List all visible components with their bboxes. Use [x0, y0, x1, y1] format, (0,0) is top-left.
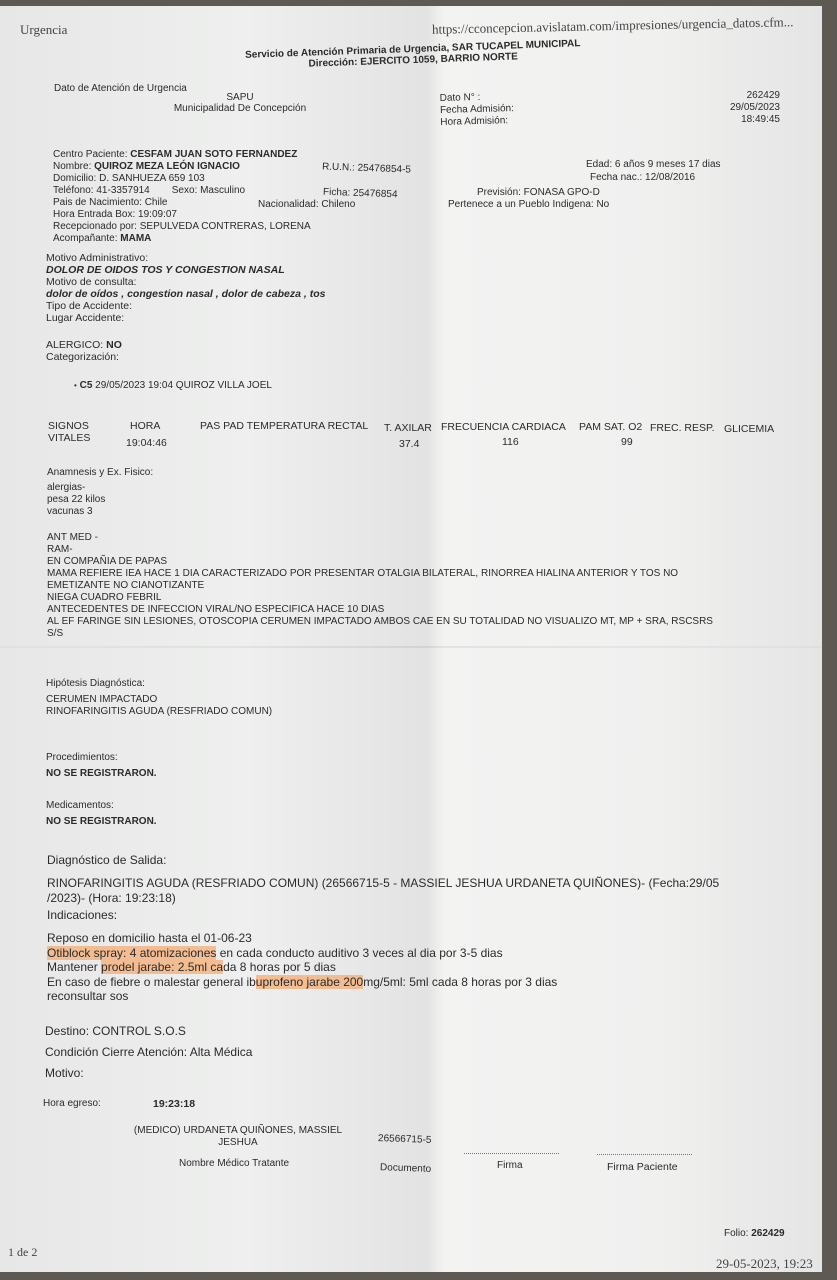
motivo-block: Motivo Administrativo: DOLOR DE OIDOS TO… — [46, 252, 325, 324]
hora-egreso-value: 19:23:18 — [153, 1098, 195, 1110]
indicaciones-list: Reposo en domicilio hasta el 01-06-23 Ot… — [47, 931, 557, 1004]
hipotesis-label: Hipótesis Diagnóstica: — [46, 678, 272, 690]
vitals-col-pam-sat: PAM SAT. O2 — [579, 421, 642, 433]
print-page-title: Urgencia — [20, 22, 67, 38]
procedimientos-block: Procedimientos: NO SE REGISTRARON. — [46, 752, 157, 780]
indicacion-prodel: Mantener prodel jarabe: 2.5ml cada 8 hor… — [47, 960, 557, 975]
hora-admision-value: 18:49:45 — [680, 114, 780, 126]
folio: Folio: 262429 — [724, 1228, 785, 1239]
medico-tratante-label: Nombre Médico Tratante — [179, 1158, 289, 1169]
anamnesis-lines-a: alergias- pesa 22 kilos vacunas 3 — [47, 482, 105, 518]
fecha-admision-value: 29/05/2023 — [680, 102, 780, 114]
patient-info: Centro Paciente: CESFAM JUAN SOTO FERNAN… — [53, 149, 311, 245]
indicacion-reconsultar: reconsultar sos — [47, 989, 557, 1004]
medicamentos-block: Medicamentos: NO SE REGISTRARON. — [46, 800, 157, 828]
telefono: Teléfono: 41-3357914Sexo: Masculino — [53, 185, 311, 197]
indicacion-reposo: Reposo en domicilio hasta el 01-06-23 — [47, 931, 557, 946]
indicacion-otiblock: Otiblock spray: 4 atomizaciones en cada … — [47, 946, 557, 961]
motivo-consulta-value: dolor de oídos , congestion nasal , dolo… — [46, 288, 325, 300]
firma-label: Firma — [497, 1160, 523, 1171]
salida-diagnosis: RINOFARINGITIS AGUDA (RESFRIADO COMUN) (… — [47, 876, 719, 906]
vitals-frec-cardiaca-value: 116 — [502, 436, 519, 448]
vitals-col-glicemia: GLICEMIA — [724, 423, 774, 435]
nacionalidad: Nacionalidad: Chileno — [258, 199, 355, 210]
page-indicator: 1 de 2 — [8, 1245, 37, 1260]
firma-paciente-line — [597, 1154, 692, 1155]
condicion-cierre: Condición Cierre Atención: Alta Médica — [45, 1042, 252, 1063]
anamnesis-lines-b: ANT MED - RAM- EN COMPAÑIA DE PAPAS MAMA… — [47, 532, 713, 640]
vitals-t-axilar-value: 37.4 — [399, 438, 419, 450]
vitals-col-frec-resp: FREC. RESP. — [650, 422, 715, 434]
medicamentos-value: NO SE REGISTRARON. — [46, 816, 157, 828]
hipotesis-item: RINOFARINGITIS AGUDA (RESFRIADO COMUN) — [46, 706, 272, 718]
unit-name: SAPU — [170, 92, 310, 103]
alergico-block: ALERGICO: NO Categorización: — [46, 339, 122, 363]
salida-label: Diagnóstico de Salida: — [47, 853, 166, 867]
alergico: ALERGICO: NO — [46, 339, 122, 351]
vitals-col-frec-cardiaca: FRECUENCIA CARDIACA — [441, 421, 566, 433]
section-label: Dato de Atención de Urgencia — [54, 83, 187, 94]
vitals-hora-value: 19:04:46 — [126, 437, 167, 449]
unit-block: SAPU Municipalidad De Concepción — [170, 92, 310, 114]
motivo-administrativo-label: Motivo Administrativo: — [46, 252, 325, 264]
print-url: https://cconcepcion.avislatam.com/impres… — [432, 14, 794, 38]
firma-paciente-label: Firma Paciente — [607, 1161, 678, 1173]
admission-values: 262429 29/05/2023 18:49:45 — [680, 90, 780, 126]
procedimientos-value: NO SE REGISTRARON. — [46, 768, 157, 780]
lugar-accidente: Lugar Accidente: — [46, 312, 325, 324]
indicacion-ibuprofeno: En caso de fiebre o malestar general ibu… — [47, 975, 557, 990]
prevision: Previsión: FONASA GPO-D — [477, 187, 600, 198]
vitals-label: SIGNOS VITALES — [48, 420, 90, 444]
firma-line — [464, 1153, 559, 1154]
cierre-block: Destino: CONTROL S.O.S Condición Cierre … — [45, 1021, 252, 1084]
hora-admision-label: Hora Admisión: — [440, 115, 514, 129]
edad: Edad: 6 años 9 meses 17 dias — [586, 159, 721, 170]
municipality-name: Municipalidad De Concepción — [170, 103, 310, 114]
categorizacion-label: Categorización: — [46, 351, 122, 363]
indicaciones-label: Indicaciones: — [47, 908, 117, 922]
recepcionado-por: Recepcionado por: SEPULVEDA CONTRERAS, L… — [53, 221, 311, 233]
pueblo-indigena: Pertenece a un Pueblo Indigena: No — [448, 199, 609, 210]
hipotesis-block: Hipótesis Diagnóstica: CERUMEN IMPACTADO… — [46, 678, 272, 718]
admission-labels: Dato N° : Fecha Admisión: Hora Admisión: — [440, 91, 515, 129]
centro-paciente: Centro Paciente: CESFAM JUAN SOTO FERNAN… — [53, 149, 311, 161]
documento-value: 26566715-5 — [378, 1133, 432, 1146]
medicamentos-label: Medicamentos: — [46, 800, 157, 812]
vitals-sat-o2-value: 99 — [621, 436, 633, 448]
hipotesis-item: CERUMEN IMPACTADO — [46, 694, 272, 706]
motivo-consulta-label: Motivo de consulta: — [46, 276, 325, 288]
printed-document: Urgencia https://cconcepcion.avislatam.c… — [0, 6, 822, 1272]
run: R.U.N.: 25476854-5 — [322, 161, 411, 175]
vitals-col-t-axilar: T. AXILAR — [384, 422, 432, 434]
vitals-col-hora: HORA — [130, 420, 160, 432]
tipo-accidente: Tipo de Accidente: — [46, 300, 325, 312]
motivo-administrativo-value: DOLOR DE OIDOS TOS Y CONGESTION NASAL — [46, 264, 325, 276]
documento-label: Documento — [380, 1162, 431, 1175]
motivo-cierre: Motivo: — [45, 1063, 252, 1084]
medico-tratante: (MEDICO) URDANETA QUIÑONES, MASSIEL JESH… — [118, 1125, 358, 1149]
acompanante: Acompañante: MAMA — [53, 233, 311, 245]
anamnesis-label: Anamnesis y Ex. Fisico: — [47, 467, 153, 478]
procedimientos-label: Procedimientos: — [46, 752, 157, 764]
domicilio: Domicilio: D. SANHUEZA 659 103 — [53, 173, 311, 185]
printed-timestamp: 29-05-2023, 19:23 — [716, 1256, 813, 1272]
vitals-col-pas-pad-temp: PAS PAD TEMPERATURA RECTAL — [200, 420, 368, 432]
nombre-paciente: Nombre: QUIROZ MEZA LEÓN IGNACIO — [53, 161, 311, 173]
destino: Destino: CONTROL S.O.S — [45, 1021, 252, 1042]
document-header: Servicio de Atención Primaria de Urgenci… — [228, 38, 599, 73]
hora-entrada-box: Hora Entrada Box: 19:09:07 — [53, 209, 311, 221]
categorizacion-entry: • C5 29/05/2023 19:04 QUIROZ VILLA JOEL — [74, 380, 272, 391]
fecha-nacimiento: Fecha nac.: 12/08/2016 — [590, 172, 695, 183]
hora-egreso-label: Hora egreso: — [43, 1098, 101, 1109]
dato-value: 262429 — [680, 90, 780, 102]
